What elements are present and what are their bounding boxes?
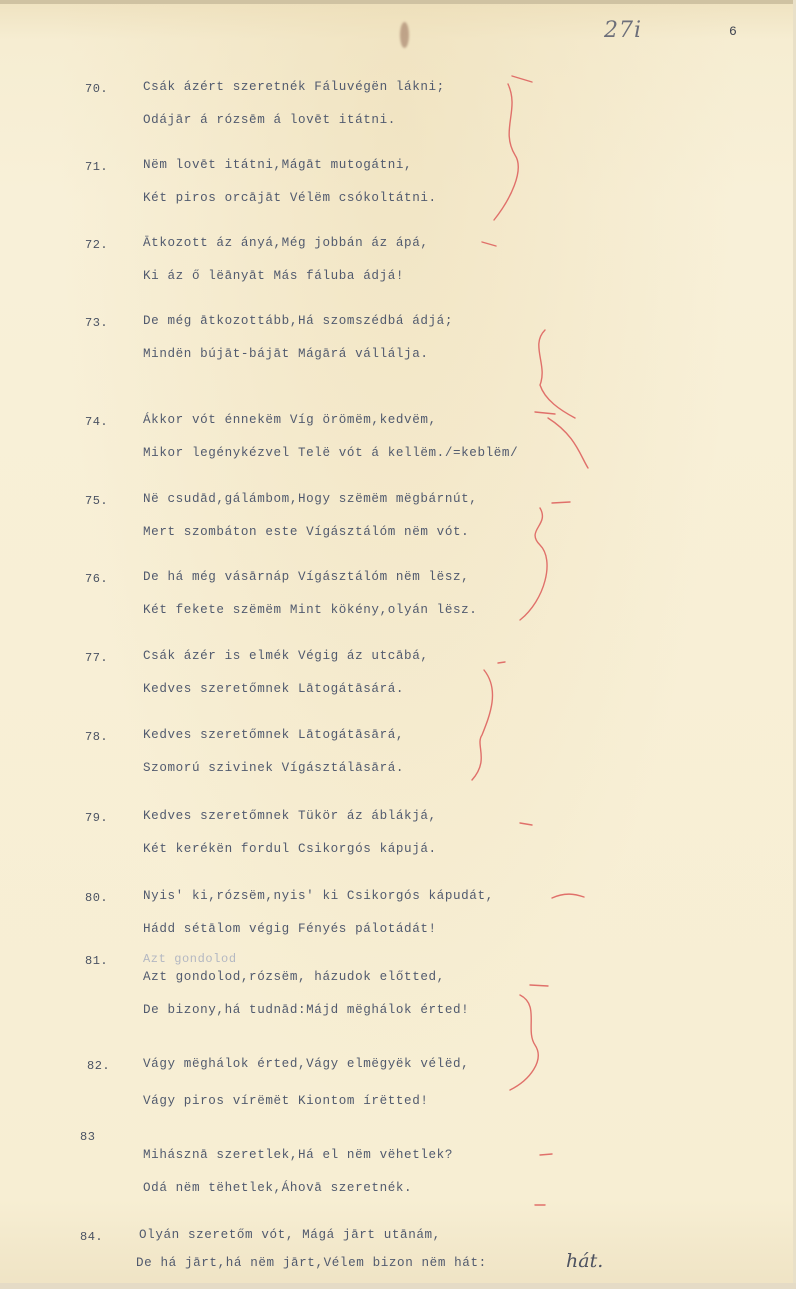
red-pencil-margin-marks — [0, 0, 796, 1289]
typewritten-manuscript-page: 27i 6 70. Csák ázért szeretnék Fáluvégën… — [0, 0, 796, 1289]
